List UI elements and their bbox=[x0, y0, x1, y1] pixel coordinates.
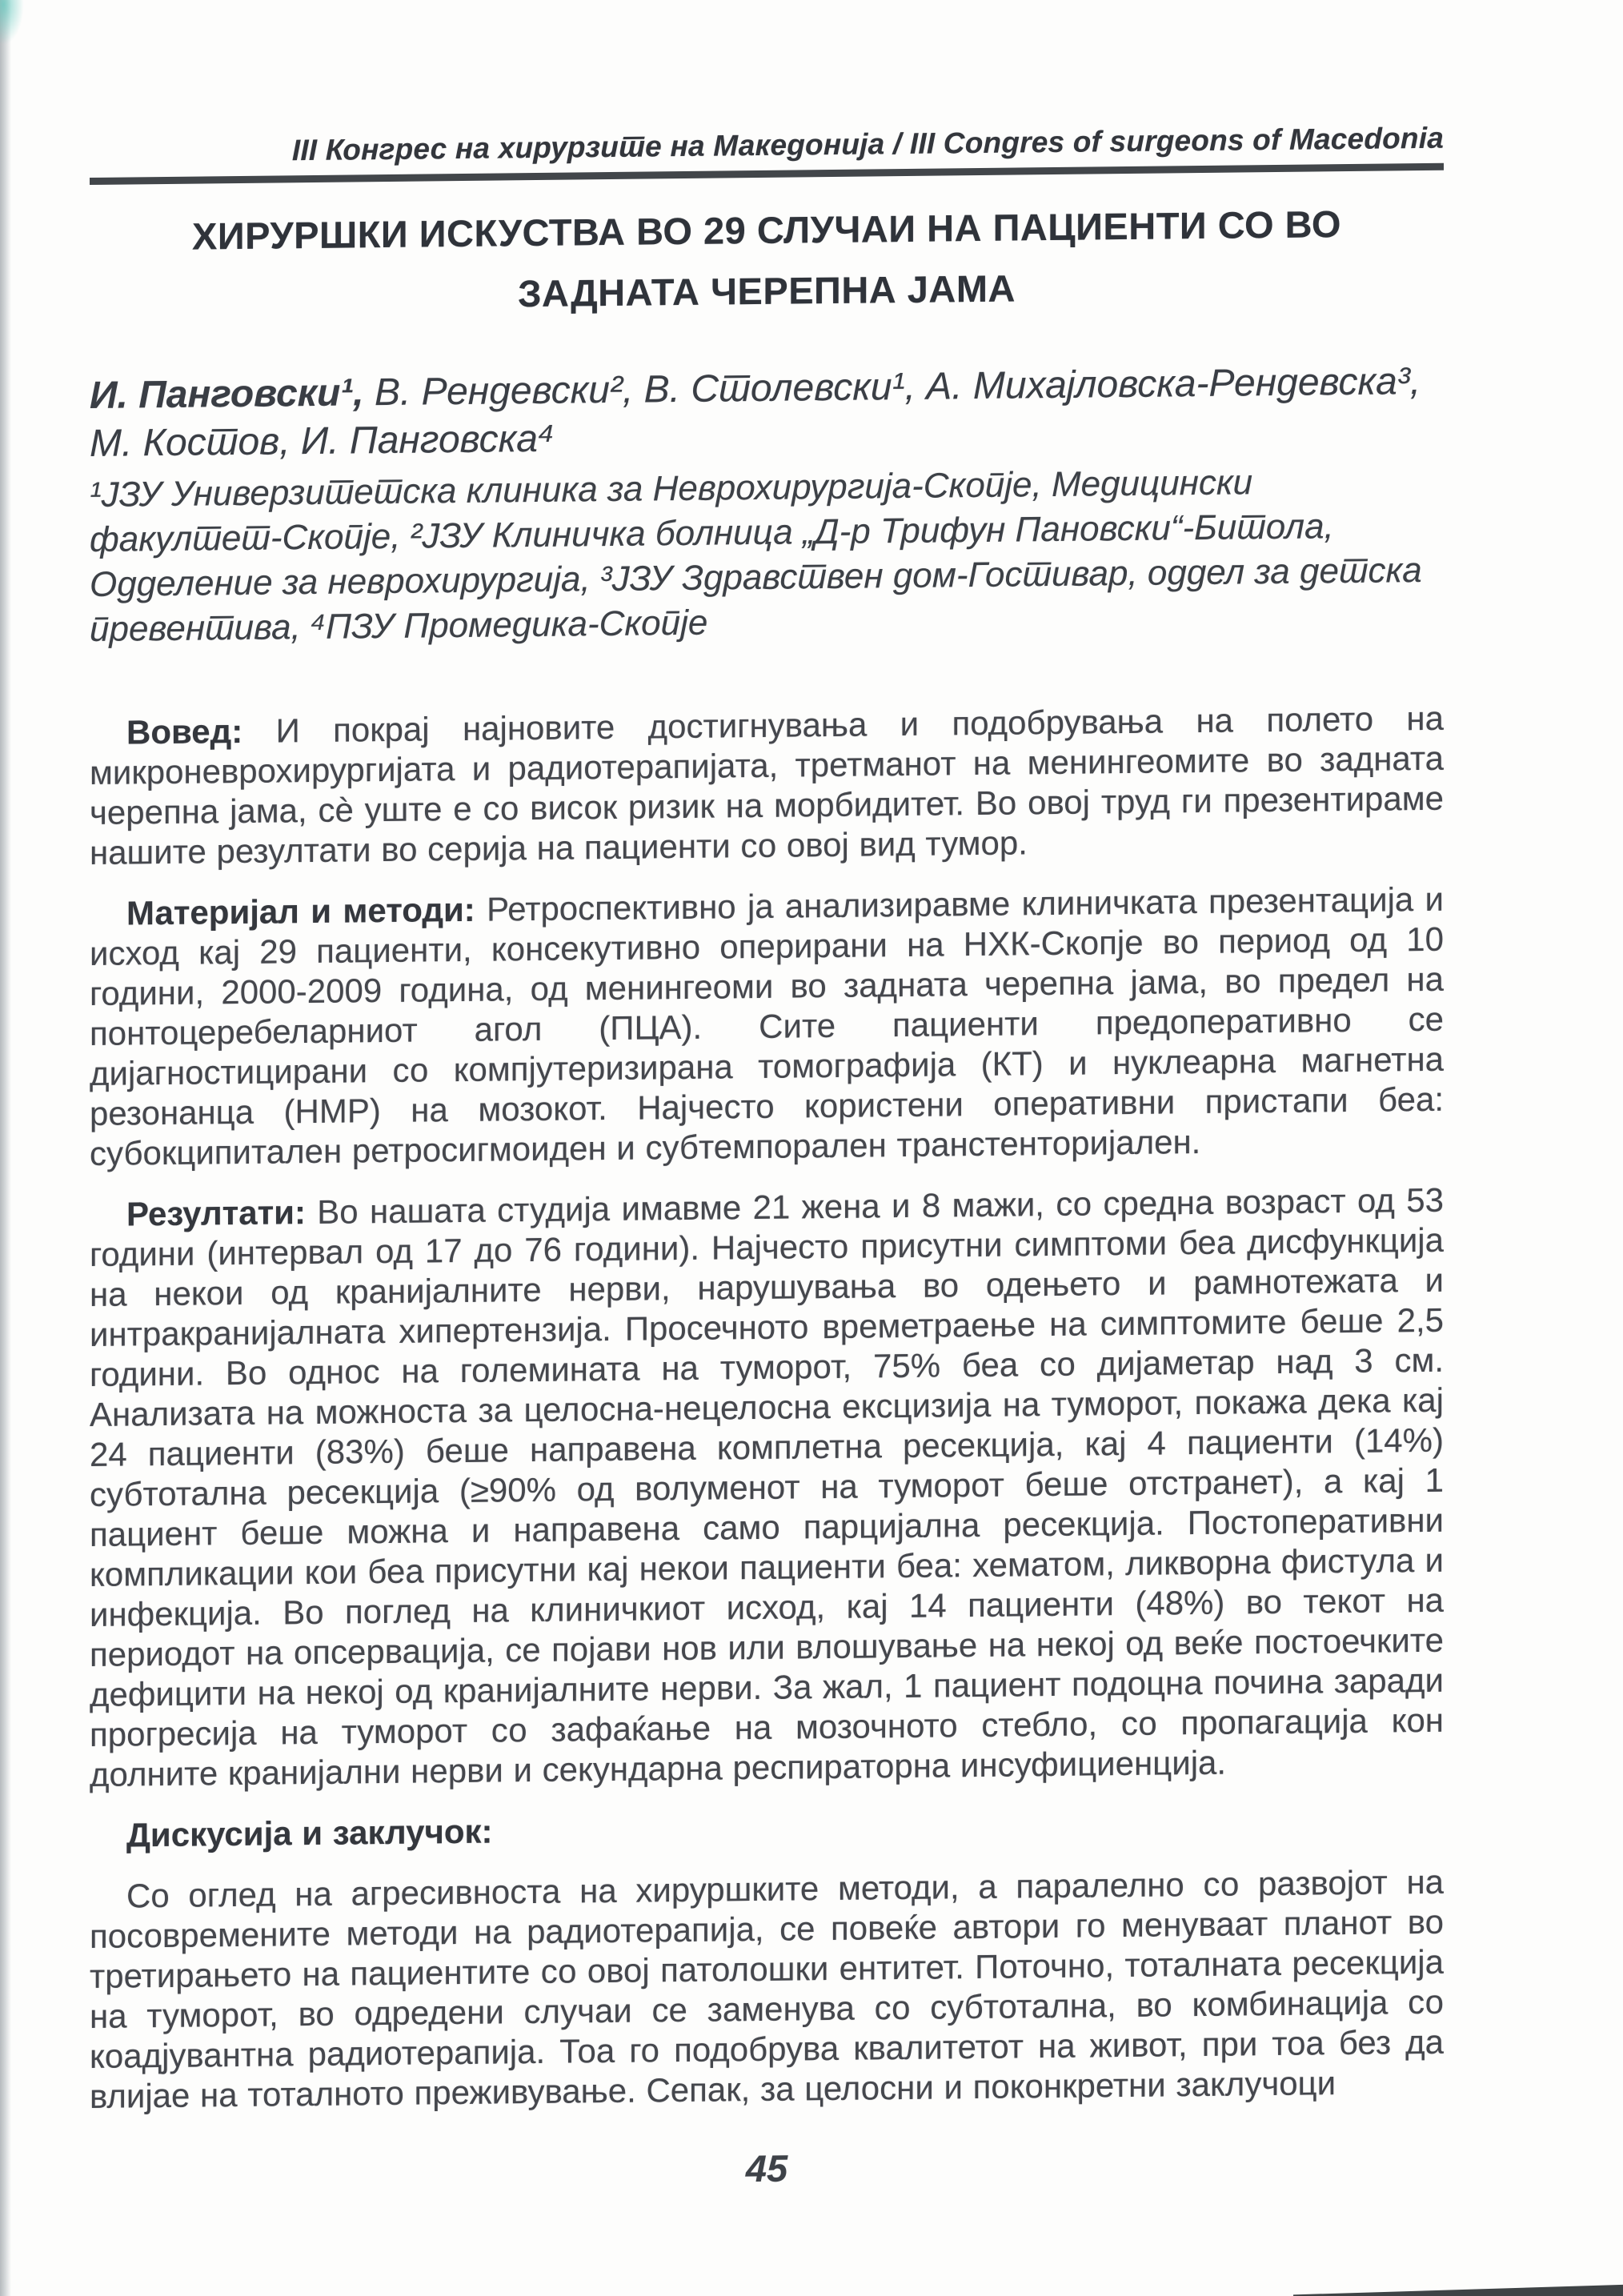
corner-teal-scan-artifact bbox=[0, 0, 24, 45]
scanned-page: { "document": { "running_header": "III К… bbox=[0, 0, 1623, 2296]
section-text: И покрај најновите достигнувања и подобр… bbox=[90, 699, 1444, 872]
bottom-scan-artifact bbox=[1293, 2283, 1623, 2296]
section-text: Во нашата студија имавме 21 жена и 8 маж… bbox=[90, 1181, 1444, 1793]
section-heading: Дискусија и заклучок: bbox=[90, 1801, 1444, 1856]
page-number: 45 bbox=[90, 2139, 1444, 2198]
document-title: ХИРУРШКИ ИСКУСТВА ВО 29 СЛУЧАИ НА ПАЦИЕН… bbox=[90, 193, 1444, 329]
section-heading: Материјал и методи: bbox=[126, 891, 475, 932]
abstract-sections: Вовед: И покрај најновите достигнувања и… bbox=[90, 699, 1444, 2117]
section-paragraph: Вовед: И покрај најновите достигнувања и… bbox=[90, 699, 1444, 873]
author-lead: И. Панговски¹, bbox=[90, 371, 364, 417]
running-header: III Конгрес на хирурзите на Македонија /… bbox=[90, 120, 1444, 171]
authors-line: И. Панговски¹, В. Рендевски², В. Столевс… bbox=[90, 358, 1444, 468]
affiliations-text: ¹ЈЗУ Универзитетска клиника за Неврохиру… bbox=[90, 459, 1444, 652]
left-edge-scan-shadow bbox=[0, 0, 11, 2296]
section-paragraph: Со оглед на агресивноста на хируршките м… bbox=[90, 1862, 1444, 2117]
section-paragraph: Материјал и методи: Ретроспективно ја ан… bbox=[90, 880, 1444, 1174]
section-paragraph: Резултати: Во нашата студија имавме 21 ж… bbox=[90, 1180, 1444, 1795]
section-heading: Резултати: bbox=[126, 1193, 306, 1232]
section-heading: Вовед: bbox=[126, 712, 242, 751]
page-content: III Конгрес на хирурзите на Македонија /… bbox=[90, 0, 1444, 2198]
